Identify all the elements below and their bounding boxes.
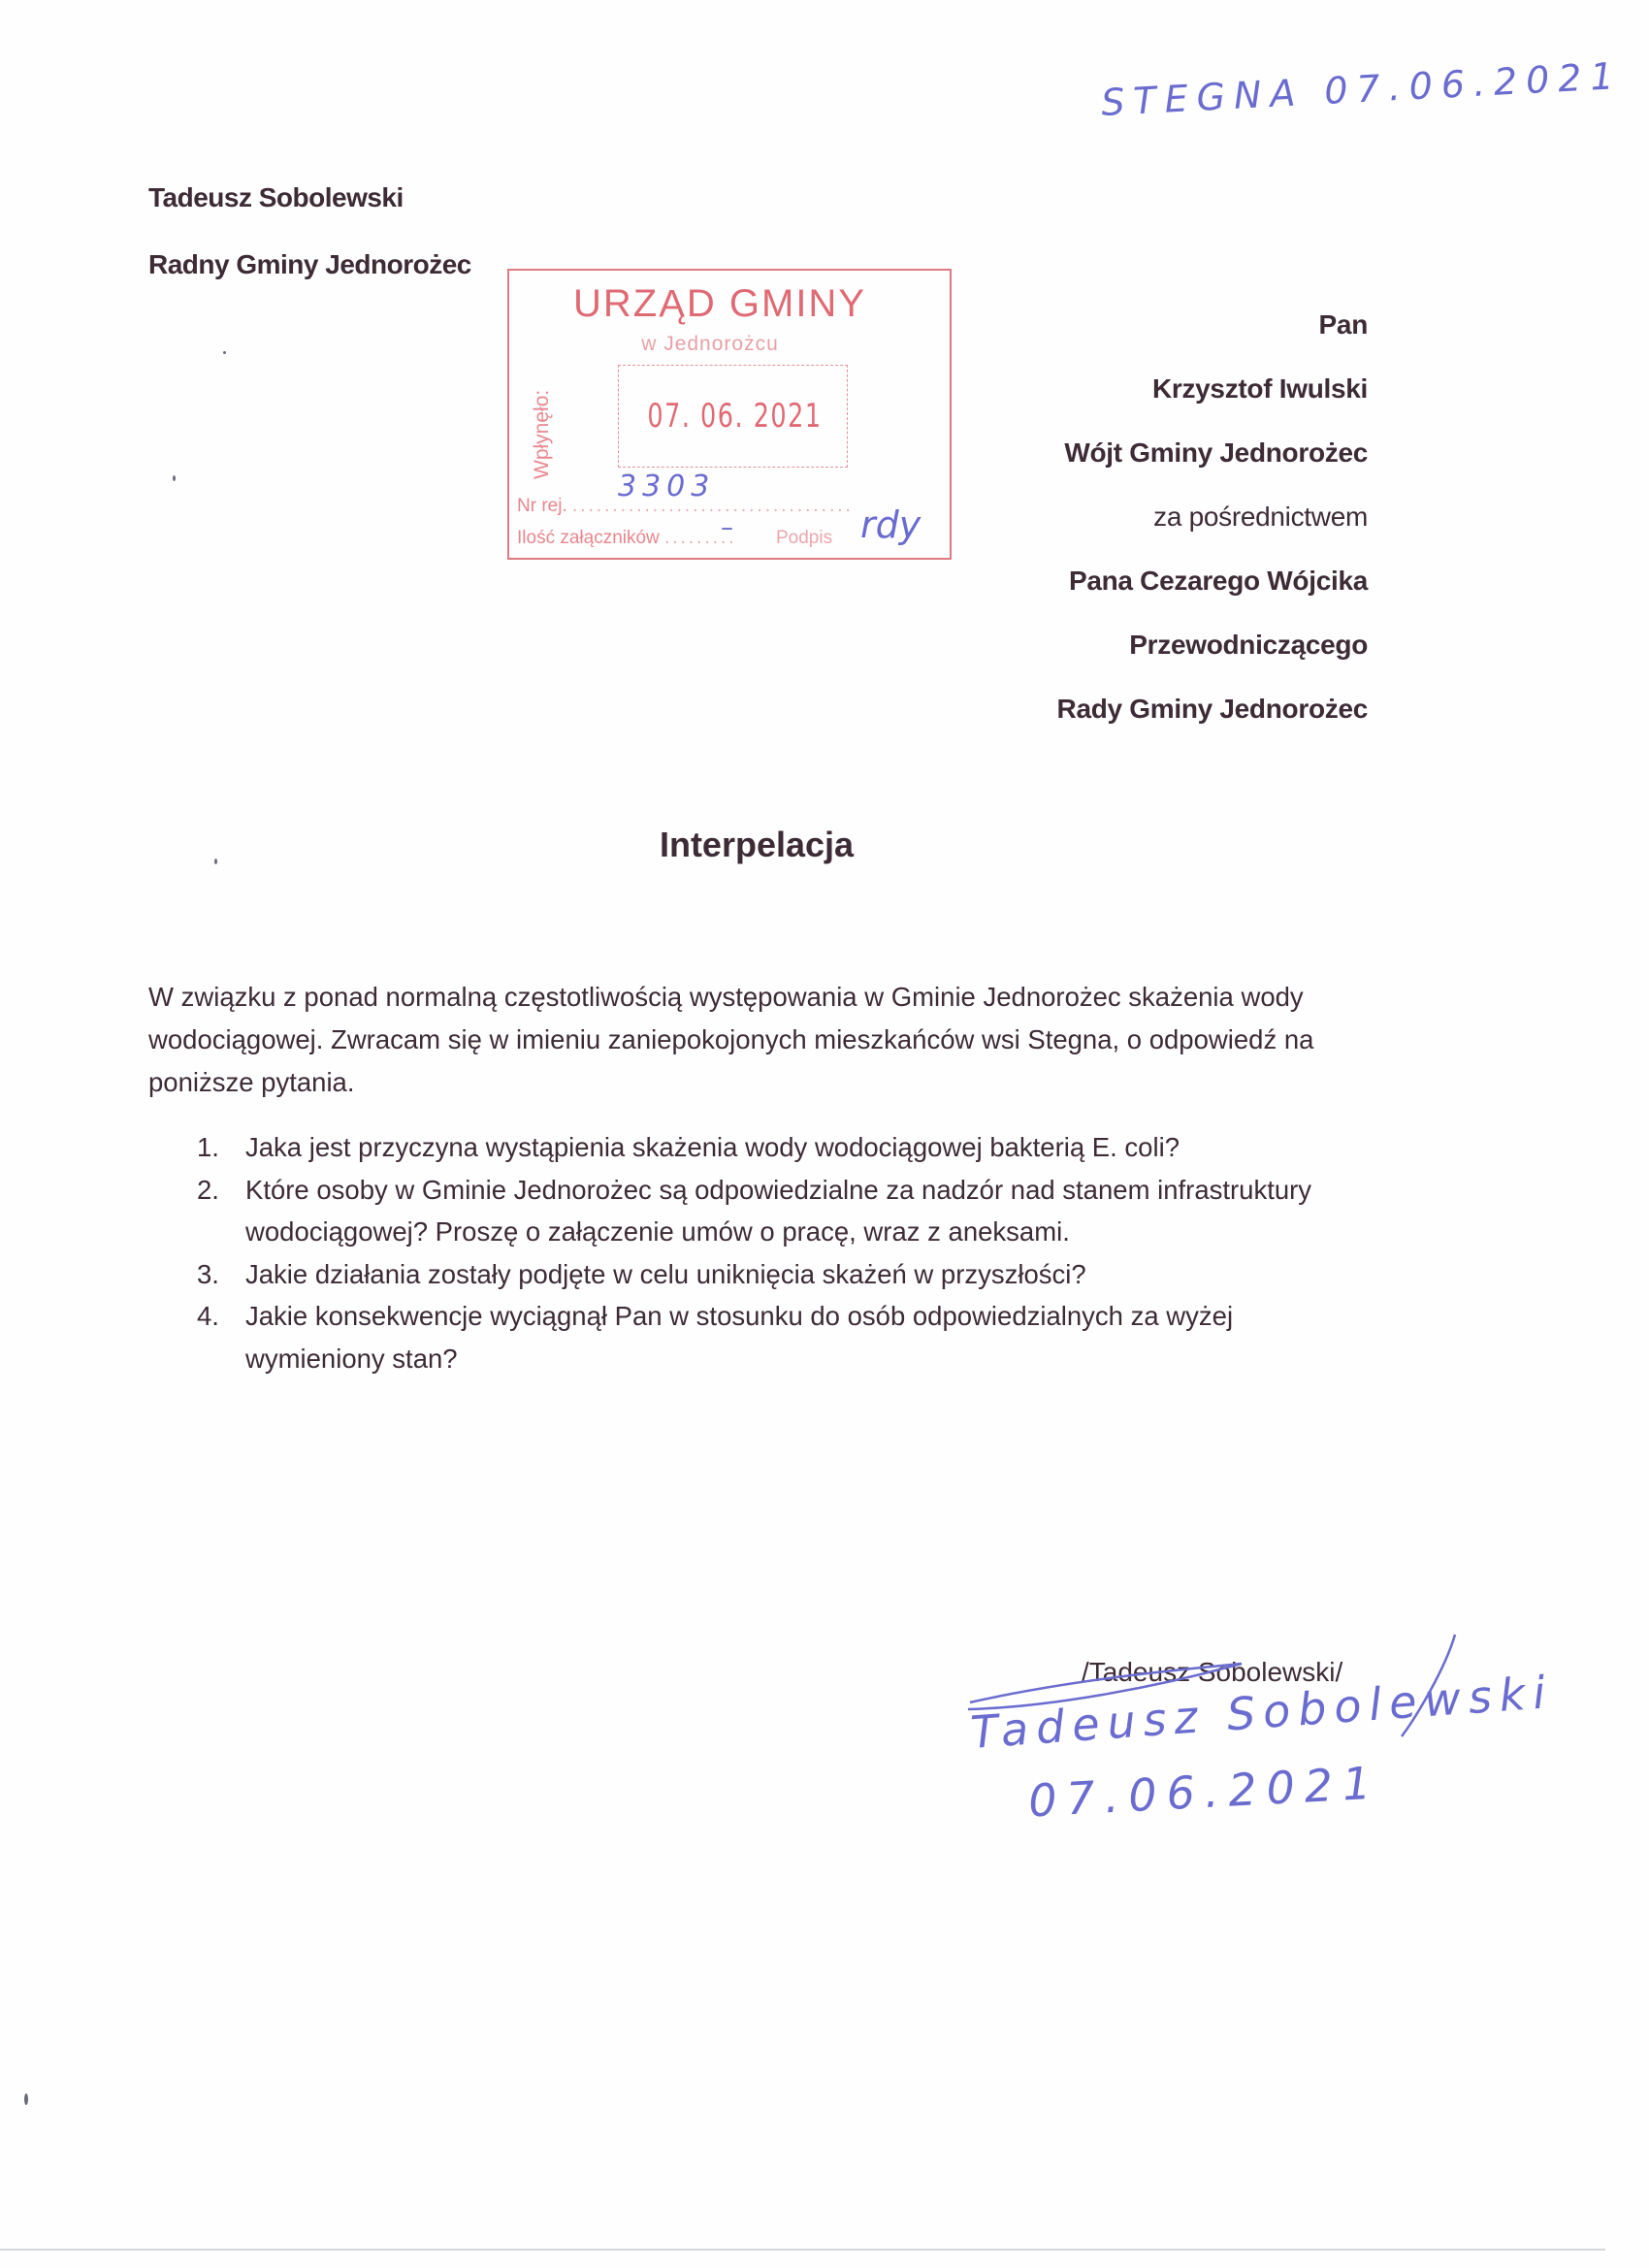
- stamp-signature-label: Podpis: [776, 528, 832, 549]
- question-item: 4.Jakie konsekwencje wyciągnął Pan w sto…: [148, 1295, 1371, 1379]
- question-item: 3.Jakie działania zostały podjęte w celu…: [148, 1253, 1371, 1296]
- attachments-value: –: [721, 513, 739, 542]
- scan-speck: [223, 351, 226, 354]
- question-text: Jakie działania zostały podjęte w celu u…: [245, 1259, 1086, 1289]
- stamp-registration-label: Nr rej.: [517, 496, 567, 516]
- scan-edge-line: [0, 2249, 1605, 2251]
- handwritten-signature-date: 07.06.2021: [1027, 1757, 1382, 1828]
- handwritten-place-date: STEGNA 07.06.2021: [1100, 54, 1623, 124]
- recipient-line: Krzysztof Iwulski: [1057, 370, 1368, 434]
- stamp-date-box: 07. 06. 2021: [618, 365, 848, 468]
- question-item: 1.Jaka jest przyczyna wystąpienia skażen…: [148, 1126, 1371, 1169]
- registry-stamp: URZĄD GMINY w Jednorożcu Wpłynęło: 07. 0…: [507, 269, 952, 560]
- document-title: Interpelacja: [0, 825, 1513, 865]
- body-paragraph: W związku z ponad normalną częstotliwośc…: [148, 976, 1371, 1104]
- recipient-line: za pośrednictwem: [1057, 498, 1368, 562]
- question-number: 3.: [197, 1253, 219, 1296]
- recipient-line: Przewodniczącego: [1057, 626, 1368, 690]
- questions-list: 1.Jaka jest przyczyna wystąpienia skażen…: [148, 1126, 1371, 1379]
- recipient-block: PanKrzysztof IwulskiWójt Gminy Jednoroże…: [1057, 306, 1368, 754]
- stamp-subtitle: w Jednorożcu: [509, 333, 911, 356]
- question-text: Które osoby w Gminie Jednorożec są odpow…: [245, 1175, 1311, 1247]
- scan-speck: [214, 859, 217, 864]
- question-item: 2.Które osoby w Gminie Jednorożec są odp…: [148, 1169, 1371, 1253]
- question-text: Jaka jest przyczyna wystąpienia skażenia…: [245, 1132, 1180, 1162]
- stamp-attachments-row: Ilość załączników .........: [517, 528, 737, 549]
- recipient-line: Rady Gminy Jednorożec: [1057, 690, 1368, 754]
- recipient-line: Wójt Gminy Jednorożec: [1057, 434, 1368, 498]
- stamp-title: URZĄD GMINY: [509, 282, 930, 326]
- stamp-attachments-label: Ilość załączników: [517, 528, 660, 548]
- registration-number: 3303: [618, 470, 715, 503]
- sender-name: Tadeusz Sobolewski: [148, 182, 404, 213]
- stamp-received-label: Wpłynęło:: [531, 390, 554, 479]
- question-number: 2.: [197, 1169, 219, 1212]
- scan-speck: [24, 2093, 28, 2105]
- stamp-signature: rdy: [860, 503, 921, 546]
- question-number: 4.: [197, 1295, 219, 1338]
- sender-role: Radny Gminy Jednorożec: [148, 249, 471, 280]
- recipient-line: Pana Cezarego Wójcika: [1057, 562, 1368, 626]
- question-text: Jakie konsekwencje wyciągnął Pan w stosu…: [245, 1301, 1233, 1374]
- stamp-date: 07. 06. 2021: [647, 397, 818, 436]
- scan-speck: [173, 475, 176, 481]
- question-number: 1.: [197, 1126, 219, 1169]
- recipient-line: Pan: [1057, 306, 1368, 370]
